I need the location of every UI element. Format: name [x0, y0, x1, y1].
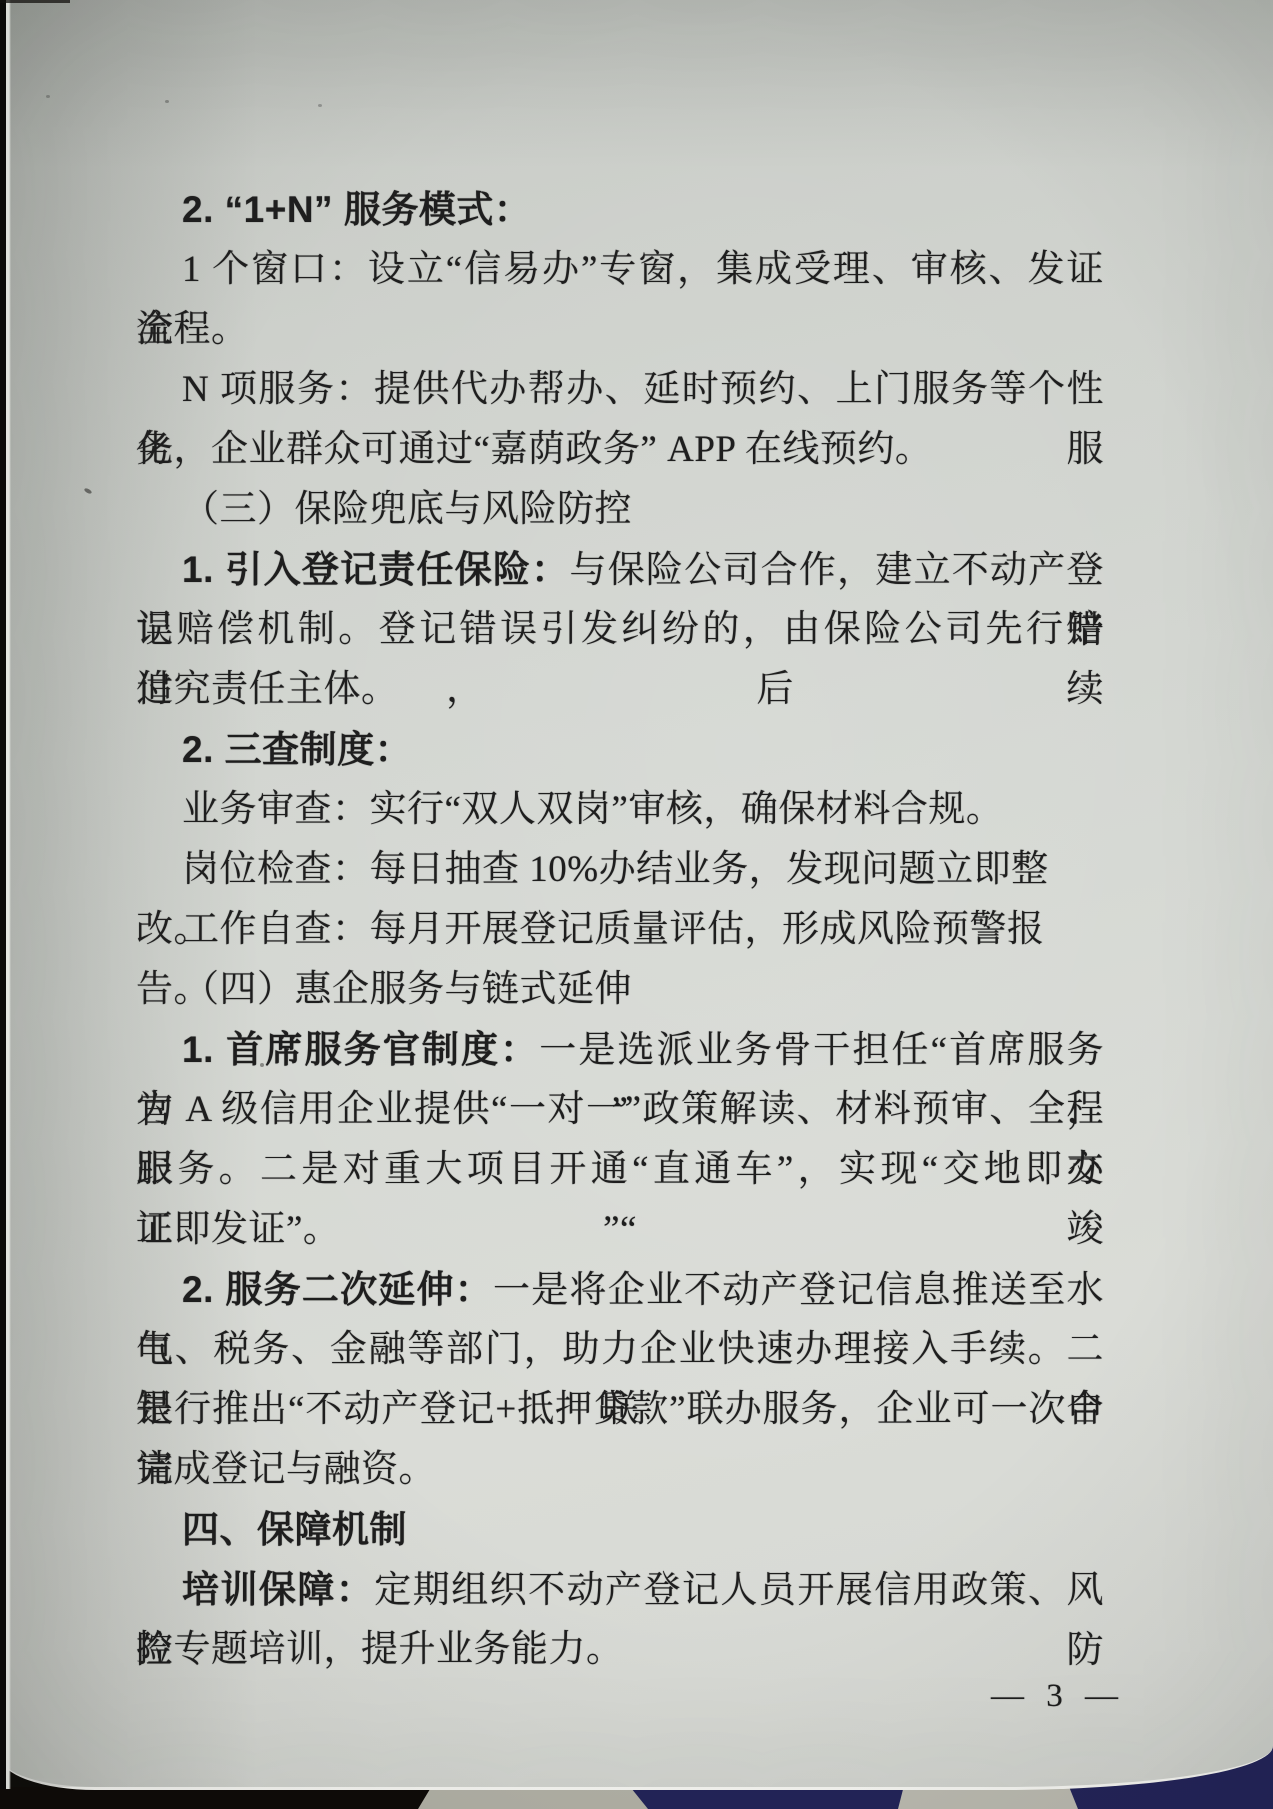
- text-line: N 项服务：提供代办帮办、延时预约、上门服务等个性化服: [136, 360, 1104, 420]
- text-line: 气、税务、金融等部门，助力企业快速办理接入手续。二是联合: [136, 1320, 1104, 1380]
- text-line: 1. 引入登记责任保险：与保险公司合作，建立不动产登记错: [136, 540, 1104, 600]
- text-line: 业务审查：实行“双人双岗”审核，确保材料合规。: [136, 780, 1104, 840]
- text-line: （三）保险兜底与风险防控: [136, 480, 1104, 540]
- body-run: 流程。: [136, 309, 249, 350]
- photo-of-document: { "page": { "number_label": "— 3 —" }, "…: [0, 0, 1273, 1809]
- heading-run: 2. 三查制度：: [182, 729, 412, 770]
- text-line: 2. 三查制度：: [136, 720, 1104, 780]
- heading-run: 四、保障机制: [182, 1509, 407, 1550]
- text-line: 岗位检查：每日抽查 10%办结业务，发现问题立即整改。: [136, 840, 1104, 900]
- dust-speck: [318, 104, 322, 107]
- heading-run: 1. 首席服务官制度：: [182, 1029, 539, 1070]
- text-line: 1 个窗口：设立“信易办”专窗，集成受理、审核、发证全: [136, 240, 1104, 300]
- text-line: 服务。二是对重大项目开通“直通车”，实现“交地即交证”“竣: [136, 1140, 1104, 1200]
- heading-run: 培训保障：: [182, 1569, 374, 1610]
- heading-run: 1. 引入登记责任保险：: [182, 549, 569, 590]
- text-line: 流程。: [136, 300, 1104, 360]
- body-run: 控专题培训，提升业务能力。: [136, 1629, 624, 1670]
- paper-top-edge-shadow: [0, 0, 70, 3]
- dust-speck: [165, 100, 169, 103]
- heading-run: 2. “1+N” 服务模式：: [182, 189, 531, 230]
- dust-speck: [46, 95, 50, 98]
- body-run: 务，企业群众可通过“嘉荫政务” APP 在线预约。: [136, 429, 932, 470]
- page-number: — 3 —: [978, 1676, 1138, 1716]
- text-line: 培训保障：定期组织不动产登记人员开展信用政策、风险防: [136, 1560, 1104, 1620]
- body-run: 业务审查：实行“双人双岗”审核，确保材料合规。: [182, 789, 1003, 830]
- text-line: （四）惠企服务与链式延伸: [136, 960, 1104, 1020]
- body-run: 工即发证”。: [136, 1209, 340, 1250]
- text-line: 为 A 级信用企业提供“一对一”政策解读、材料预审、全程跟办: [136, 1080, 1104, 1140]
- text-line: 完成登记与融资。: [136, 1440, 1104, 1500]
- text-line: 1. 首席服务官制度：一是选派业务骨干担任“首席服务官”，: [136, 1020, 1104, 1080]
- ink-speck: [260, 1063, 264, 1067]
- text-line: 2. 服务二次延伸：一是将企业不动产登记信息推送至水电: [136, 1260, 1104, 1320]
- text-line: 四、保障机制: [136, 1500, 1104, 1560]
- text-line: 2. “1+N” 服务模式：: [136, 180, 1104, 240]
- body-run: 完成登记与融资。: [136, 1449, 436, 1490]
- document-body: 2. “1+N” 服务模式：1 个窗口：设立“信易办”专窗，集成受理、审核、发证…: [136, 180, 1104, 1680]
- body-run: （四）惠企服务与链式延伸: [182, 969, 632, 1010]
- text-line: 银行推出“不动产登记+抵押贷款”联办服务，企业可一次申请: [136, 1380, 1104, 1440]
- body-run: 追究责任主体。: [136, 669, 399, 710]
- lighting-shade-top: [0, 0, 1273, 170]
- heading-run: 2. 服务二次延伸：: [182, 1269, 493, 1310]
- text-line: 误赔偿机制。登记错误引发纠纷的，由保险公司先行赔付，后续: [136, 600, 1104, 660]
- text-line: 工作自查：每月开展登记质量评估，形成风险预警报告。: [136, 900, 1104, 960]
- paper-left-edge-shadow: [0, 0, 11, 1789]
- body-run: （三）保险兜底与风险防控: [182, 489, 632, 530]
